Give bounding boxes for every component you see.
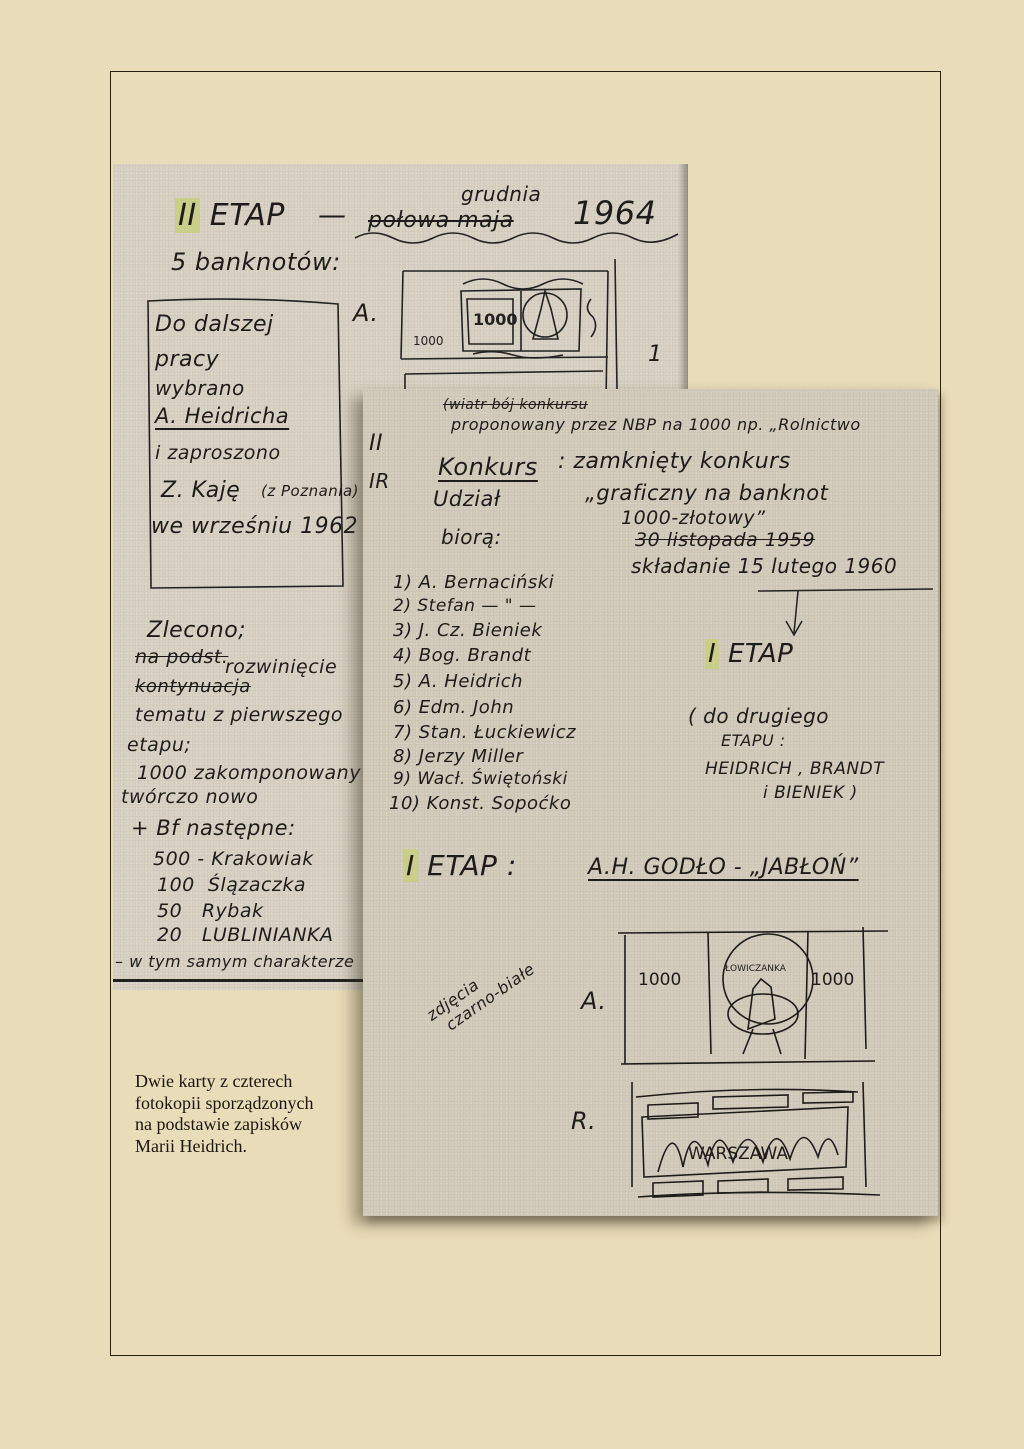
stage-numeral: II (175, 198, 200, 233)
sketch-a-label: A. (581, 987, 607, 1015)
top-line: proponowany przez NBP na 1000 np. „Rolni… (451, 415, 861, 434)
stage-1-note: ETAPU : (721, 731, 786, 750)
caption-line: Dwie karty z czterech (135, 1071, 365, 1093)
sketch-label-a: A. (353, 299, 379, 327)
stage-etap: ETAP (728, 639, 793, 669)
participants-label: Udział (433, 487, 500, 511)
sketch-a-center-label: ŁOWICZANKA (724, 964, 787, 974)
stage-etap: ETAP (210, 198, 285, 233)
box-line: wybrano (155, 376, 245, 400)
box-line: (z Poznania) (261, 482, 359, 500)
sketch-a-left-value: 1000 (638, 970, 681, 990)
participant-item: 4) Bog. Brandt (393, 645, 531, 666)
commissioned-line: tematu z pierwszego (135, 704, 343, 726)
participant-item: 10) Konst. Sopoćko (389, 793, 571, 814)
caption-line: fotokopii sporządzonych (135, 1093, 365, 1115)
contest-label: Konkurs (438, 453, 538, 481)
commissioned-heading: Zlecono; (147, 618, 246, 643)
next-note-item: 50 Rybak (157, 900, 263, 922)
box-line-heidrich: A. Heidricha (155, 404, 289, 428)
participant-item: 8) Jerzy Miller (393, 746, 523, 767)
stage-etap: ETAP : (427, 849, 517, 882)
wavy-underline (353, 226, 683, 246)
heading-correction: grudnia (461, 182, 541, 206)
participants-label: biorą: (441, 525, 502, 549)
subheading-banknotes: 5 banknotów: (171, 248, 341, 276)
stage-1-heading: I ETAP (705, 639, 793, 669)
contest-text: „graficzny na banknot (585, 481, 828, 505)
stage-1-note: ( do drugiego (688, 704, 829, 728)
caption-line: na podstawie zapisków (135, 1114, 365, 1136)
box-line: pracy (155, 347, 219, 372)
heading-dash: — (318, 198, 347, 231)
sketch-side-number: 1 (648, 342, 663, 367)
stage-1-note: i BIENIEK ) (763, 783, 858, 803)
stage-1-motto-heading: I ETAP : (403, 849, 517, 882)
contest-text: : zamknięty konkurs (558, 449, 791, 474)
participant-item: 9) Wacł. Świętoński (393, 769, 568, 789)
arrow-to-stage-1 (758, 581, 938, 641)
margin-mark: II (369, 431, 383, 456)
box-line: i zaproszono (155, 442, 281, 464)
margin-mark: IR (369, 469, 390, 493)
commissioned-line: etapu; (127, 734, 191, 756)
contest-text: 1000-złotowy” (621, 507, 765, 529)
stage-1-note: HEIDRICH , BRANDT (705, 759, 884, 779)
sketch-denomination: 1000 (473, 310, 518, 329)
sketch-r-text: WARSZAWA (688, 1144, 788, 1164)
commissioned-line: rozwinięcie (225, 656, 337, 678)
next-note-item: 500 - Krakowiak (153, 848, 314, 870)
banknote-sketch-a-front: 1000 ŁOWICZANKA 1000 (613, 919, 893, 1069)
participant-item: 2) Stefan — " — (393, 596, 536, 616)
next-note-item: 100 Ślązaczka (157, 874, 306, 896)
participant-item: 1) A. Bernaciński (393, 572, 554, 593)
participant-item: 7) Stan. Łuckiewicz (393, 722, 576, 743)
figure-caption: Dwie karty z czterech fotokopii sporządz… (135, 1071, 365, 1157)
box-line: Z. Kaję (161, 478, 240, 503)
box-line: Do dalszej (155, 312, 274, 337)
next-note-item: 20 LUBLINIANKA (157, 924, 334, 946)
banknote-sketch-r: WARSZAWA (618, 1077, 888, 1207)
commissioned-struck: kontynuacja (135, 676, 251, 697)
diagonal-note: zdjęcia czarno-białe (423, 944, 538, 1041)
sketch-small-value: 1000 (413, 334, 444, 348)
participant-item: 6) Edm. John (393, 697, 514, 718)
footer-note: – w tym samym charakterze (115, 952, 354, 971)
stage-numeral: I (705, 639, 719, 669)
stage-numeral: I (403, 849, 418, 882)
stage-1-motto: A.H. GODŁO - „JABŁOŃ” (588, 855, 859, 880)
commissioned-line: twórczo nowo (121, 786, 258, 808)
sketch-a-right-value: 1000 (811, 970, 854, 990)
sketch-r-label: R. (571, 1107, 596, 1135)
participant-item: 3) J. Cz. Bieniek (393, 620, 542, 641)
deadline: składanie 15 lutego 1960 (631, 554, 897, 578)
heading-stage-2: II ETAP (175, 198, 285, 233)
struck-top-line: (wiatr bój konkursu (443, 397, 588, 413)
box-line: we wrześniu 1962 (151, 514, 358, 539)
commissioned-line: 1000 zakomponowany (137, 762, 361, 784)
commissioned-struck: na podst. (135, 646, 228, 668)
photocopy-card-front: (wiatr bój konkursu proponowany przez NB… (363, 389, 938, 1216)
caption-line: Marii Heidrich. (135, 1136, 365, 1158)
struck-deadline: 30 listopada 1959 (635, 529, 815, 551)
next-notes-heading: + Bf następne: (131, 816, 296, 840)
participant-item: 5) A. Heidrich (393, 671, 523, 692)
